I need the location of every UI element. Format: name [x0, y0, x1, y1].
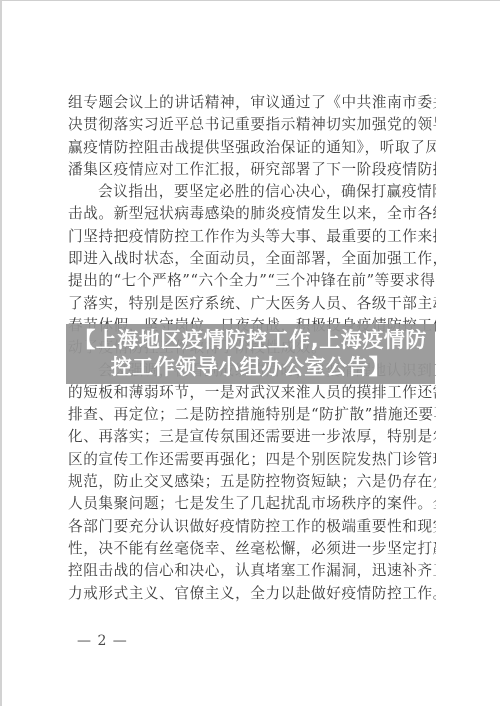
text-line: 控阻击战的信心和决心，认真堵塞工作漏洞，迅速补齐工作短板， [68, 560, 436, 582]
text-line: 化、再落实；三是宣传氛围还需要进一步浓厚，特别是农村地 [68, 426, 436, 448]
text-line: 提出的“七个严格”“六个全力”“三个冲锋在前”等要求得到 [68, 270, 436, 292]
text-line: 击战。新型冠状病毒感染的肺炎疫情发生以来，全市各级各部 [68, 203, 436, 225]
text-line: 性，决不能有丝毫侥幸、丝毫松懈，必须进一步坚定打赢疫情防 [68, 538, 436, 560]
text-line: 的短板和薄弱环节，一是对武汉来淮人员的摸排工作还需要再 [68, 382, 436, 404]
text-line: 潘集区疫情应对工作汇报，研究部署了下一阶段疫情防控工作。 [68, 159, 436, 181]
document-viewer: 组专题会议上的讲话精神，审议通过了《中共淮南市委关于坚 决贯彻落实习近平总书记重… [0, 0, 500, 706]
text-line: 即进入战时状态，全面动员，全面部署，全面加强工作，市委 [68, 248, 436, 270]
text-line: 各部门要充分认识做好疫情防控工作的极端重要性和现实紧迫 [68, 516, 436, 538]
text-line: 了落实，特别是医疗系统、广大医务人员、各级干部主动放弃 [68, 293, 436, 315]
text-line: 门坚持把疫情防控工作作为头等大事、最重要的工作来抓，立 [68, 226, 436, 248]
text-line: 力戒形式主义、官僚主义，全力以赴做好疫情防控工作。 [68, 583, 436, 605]
text-line: 排查、再定位；二是防控措施特别是“防扩散”措施还要再细 [68, 404, 436, 426]
text-line: 区的宣传工作还需要再强化；四是个别医院发热门诊管理要再 [68, 449, 436, 471]
text-line: 赢疫情防控阻击战提供坚强政治保证的通知》，听取了凤台县、 [68, 137, 436, 159]
paragraph-start-line: 会议指出，要坚定必胜的信心决心，确保打赢疫情防控阻 [68, 181, 436, 203]
text-line: 人员集聚问题；七是发生了几起扰乱市场秩序的案件。全市各级 [68, 493, 436, 515]
page-number: — 2 — [77, 633, 128, 649]
text-line: 决贯彻落实习近平总书记重要指示精神切实加强党的领导为打 [68, 114, 436, 136]
title-overlay-banner: 【上海地区疫情防控工作,上海疫情防控工作领导小组办公室公告】 [66, 324, 435, 384]
overlay-title: 【上海地区疫情防控工作,上海疫情防控工作领导小组办公室公告】 [71, 327, 431, 381]
text-line: 规范，防止交叉感染；五是防控物资短缺；六是仍存在少部分 [68, 471, 436, 493]
text-line: 组专题会议上的讲话精神，审议通过了《中共淮南市委关于坚 [68, 92, 436, 114]
